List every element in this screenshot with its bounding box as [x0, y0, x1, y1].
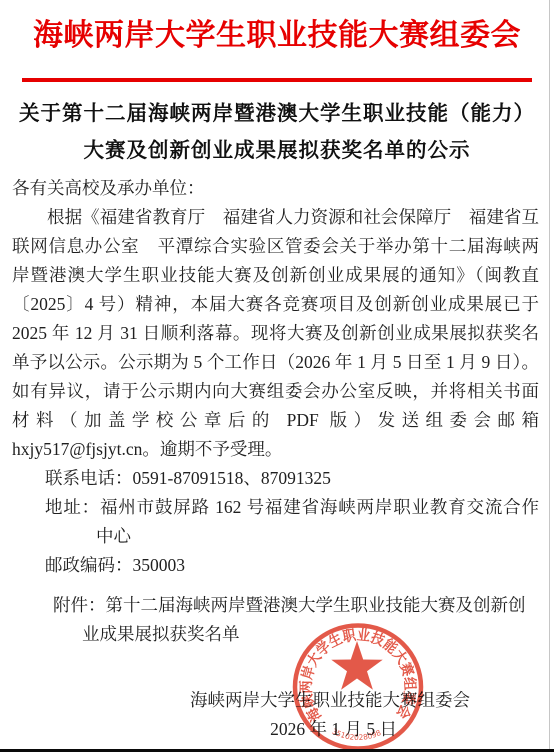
body-text-line: 〔2025〕4 号）精神，本届大赛各竞赛项目及创新创业成果展已于	[12, 290, 539, 319]
address-line: 地址：福州市鼓屏路 162 号福建省海峡两岸职业教育交流合作	[12, 493, 539, 522]
document-title-line2: 大赛及创新创业成果展拟获奖名单的公示	[0, 133, 554, 170]
body-text-line: 2025 年 12 月 31 日顺利落幕。现将大赛及创新创业成果展拟获奖名	[12, 319, 539, 348]
body-text-line: 岸暨港澳大学生职业技能大赛及创新创业成果展的通知》（闽教直	[12, 261, 539, 290]
body-text-line: 根据《福建省教育厅 福建省人力资源和社会保障厅 福建省互	[12, 203, 539, 232]
official-notice-document: 海峡两岸大学生职业技能大赛组委会 关于第十二届海峡两岸暨港澳大学生职业技能（能力…	[0, 0, 554, 752]
postal-code-line: 邮政编码：350003	[12, 551, 539, 580]
official-seal: 海峡两岸大学生职业技能大赛组委会 35102028098	[280, 610, 450, 752]
document-body: 各有关高校及承办单位： 根据《福建省教育厅 福建省人力资源和社会保障厅 福建省互…	[12, 174, 539, 580]
attachment-line2: 业成果展拟获奖名单	[12, 620, 539, 649]
salutation-line: 各有关高校及承办单位：	[12, 174, 539, 203]
body-text-line: 单予以公示。公示期为 5 个工作日（2026 年 1 月 5 日至 1 月 9 …	[12, 348, 539, 377]
page-right-edge	[549, 0, 550, 752]
attachment-line1: 附件：第十二届海峡两岸暨港澳大学生职业技能大赛及创新创	[12, 591, 539, 620]
document-title: 关于第十二届海峡两岸暨港澳大学生职业技能（能力） 大赛及创新创业成果展拟获奖名单…	[0, 96, 554, 170]
body-text-line: 材料（加盖学校公章后的 PDF 版）发送组委会邮箱	[12, 406, 539, 435]
seal-code-text: 35102028098	[331, 727, 383, 742]
body-text-line: 联网信息办公室 平潭综合实验区管委会关于举办第十二届海峡两	[12, 232, 539, 261]
attachment-section: 附件：第十二届海峡两岸暨港澳大学生职业技能大赛及创新创 业成果展拟获奖名单	[12, 591, 539, 649]
address-line-wrap: 中心	[12, 522, 539, 551]
body-text-line: 如有异议，请于公示期内向大赛组委会办公室反映，并将相关书面	[12, 377, 539, 406]
letterhead-org-name: 海峡两岸大学生职业技能大赛组委会	[0, 10, 554, 54]
document-title-line1: 关于第十二届海峡两岸暨港澳大学生职业技能（能力）	[0, 96, 554, 133]
letterhead-divider-rule	[22, 78, 532, 82]
phone-line: 联系电话：0591-87091518、87091325	[12, 464, 539, 493]
email-line: hxjy517@fjsjyt.cn。逾期不予受理。	[12, 435, 539, 464]
